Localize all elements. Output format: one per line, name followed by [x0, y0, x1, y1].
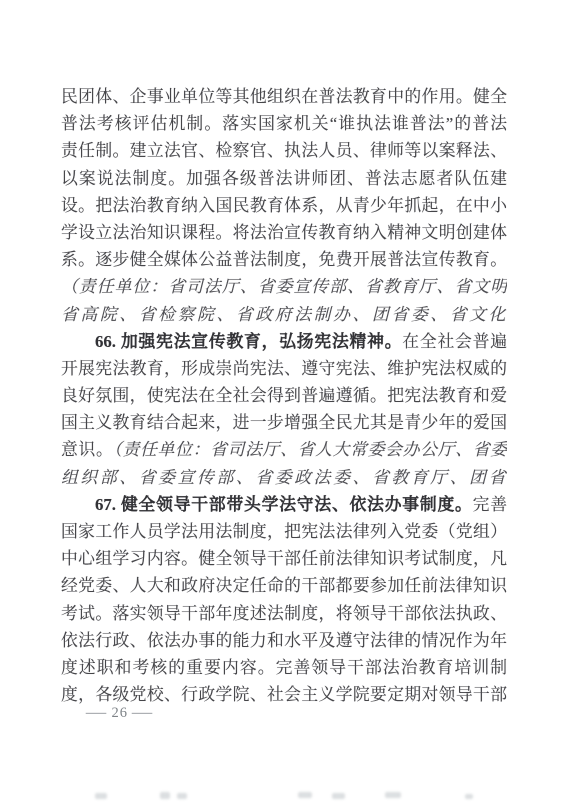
text-line: 以案说法制度。加强各级普法讲师团、普法志愿者队伍建: [61, 165, 507, 192]
text-line: 66. 加强宪法宣传教育，弘扬宪法精神。在全社会普遍: [61, 328, 507, 355]
responsibility-unit-text: （责任单位：省司法厅、省人大常委会办公厅、省委: [114, 440, 507, 459]
text-line: 省高院、省检察院、省政府法制办、团省委、省文化厅）: [61, 301, 507, 328]
body-text: 普法考核评估机制。落实国家机关“谁执法谁普法”的普法: [61, 114, 507, 133]
text-line: 意识。（责任单位：省司法厅、省人大常委会办公厅、省委: [61, 436, 507, 463]
text-block: 民团体、企事业单位等其他组织在普法教育中的作用。健全普法考核评估机制。落实国家机…: [61, 83, 507, 708]
text-line: 责任制。建立法官、检察官、执法人员、律师等以案释法、: [61, 137, 507, 164]
text-line: 良好氛围，使宪法在全社会得到普遍遵循。把宪法教育和爱: [61, 382, 507, 409]
body-text: 国主义教育结合起来，进一步增强全民尤其是青少年的爱国: [61, 413, 507, 432]
scan-artifact: [298, 792, 312, 798]
body-text: 度，各级党校、行政学院、社会主义学院要定期对领导干部: [61, 685, 507, 704]
responsibility-unit-text: （责任单位：省司法厅、省委宣传部、省教育厅、省文明办、: [61, 277, 507, 300]
text-line: 民团体、企事业单位等其他组织在普法教育中的作用。健全: [61, 83, 507, 110]
text-line: 普法考核评估机制。落实国家机关“谁执法谁普法”的普法: [61, 110, 507, 137]
text-line: 依法行政、依法办事的能力和水平及遵守法律的情况作为年: [61, 627, 507, 654]
body-text: 意识。: [61, 440, 114, 459]
text-line: 开展宪法教育，形成崇尚宪法、遵守宪法、维护宪法权威的: [61, 355, 507, 382]
body-text: 民团体、企事业单位等其他组织在普法教育中的作用。健全: [61, 87, 507, 106]
text-line: 组织部、省委宣传部、省委政法委、省教育厅、团省委）: [61, 464, 507, 491]
scanned-document-page: 民团体、企事业单位等其他组织在普法教育中的作用。健全普法考核评估机制。落实国家机…: [0, 0, 567, 802]
text-line: 学设立法治知识课程。将法治宣传教育纳入精神文明创建体: [61, 219, 507, 246]
scan-artifact: [385, 792, 401, 798]
body-text: 在全社会普遍: [402, 332, 507, 351]
body-text: 设。把法治教育纳入国民教育体系，从青少年抓起，在中小: [61, 196, 507, 215]
text-line: （责任单位：省司法厅、省委宣传部、省教育厅、省文明办、: [61, 273, 507, 300]
footer-dash-right: —: [132, 705, 154, 722]
scan-artifact: [160, 792, 170, 799]
heading-text: 67. 健全领导干部带头学法守法、依法办事制度。: [95, 495, 473, 514]
body-text: 完善: [473, 495, 507, 514]
page-number: —26—: [82, 705, 158, 722]
text-line: 系。逐步健全媒体公益普法制度，免费开展普法宣传教育。: [61, 246, 507, 273]
scan-artifact: [332, 793, 345, 799]
body-text: 中心组学习内容。健全领导干部任前法律知识考试制度，凡: [61, 549, 507, 568]
text-line: 经党委、人大和政府决定任命的干部都要参加任前法律知识: [61, 572, 507, 599]
body-text: 系。逐步健全媒体公益普法制度，免费开展普法宣传教育。: [61, 250, 507, 269]
text-line: 67. 健全领导干部带头学法守法、依法办事制度。完善: [61, 491, 507, 518]
body-text: 开展宪法教育，形成崇尚宪法、遵守宪法、维护宪法权威的: [61, 359, 507, 378]
body-text: 考试。落实领导干部年度述法制度，将领导干部依法执政、: [61, 604, 507, 623]
body-text: 良好氛围，使宪法在全社会得到普遍遵循。把宪法教育和爱: [61, 386, 507, 405]
responsibility-unit-text: 省高院、省检察院、省政府法制办、团省委、省文化厅）: [61, 305, 507, 328]
heading-text: 66. 加强宪法宣传教育，弘扬宪法精神。: [95, 332, 402, 351]
body-text: 以案说法制度。加强各级普法讲师团、普法志愿者队伍建: [61, 169, 507, 188]
body-text: 国家工作人员学法用法制度，把宪法法律列入党委（党组）: [61, 522, 507, 541]
body-text: 责任制。建立法官、检察官、执法人员、律师等以案释法、: [61, 141, 507, 160]
body-text: 经党委、人大和政府决定任命的干部都要参加任前法律知识: [61, 576, 507, 595]
footer-dash-left: —: [86, 705, 108, 722]
scan-artifact: [465, 794, 473, 799]
text-line: 度述职和考核的重要内容。完善领导干部法治教育培训制: [61, 654, 507, 681]
body-text: 依法行政、依法办事的能力和水平及遵守法律的情况作为年: [61, 631, 507, 650]
responsibility-unit-text: 组织部、省委宣传部、省委政法委、省教育厅、团省委）: [61, 468, 507, 491]
text-line: 国家工作人员学法用法制度，把宪法法律列入党委（党组）: [61, 518, 507, 545]
scan-artifact: [177, 793, 187, 799]
body-text: 学设立法治知识课程。将法治宣传教育纳入精神文明创建体: [61, 223, 507, 242]
footer-page-number: 26: [112, 705, 129, 721]
text-line: 设。把法治教育纳入国民教育体系，从青少年抓起，在中小: [61, 192, 507, 219]
text-line: 中心组学习内容。健全领导干部任前法律知识考试制度，凡: [61, 545, 507, 572]
body-text: 度述职和考核的重要内容。完善领导干部法治教育培训制: [61, 658, 507, 677]
text-line: 考试。落实领导干部年度述法制度，将领导干部依法执政、: [61, 600, 507, 627]
text-line: 国主义教育结合起来，进一步增强全民尤其是青少年的爱国: [61, 409, 507, 436]
scan-artifact: [95, 793, 107, 799]
